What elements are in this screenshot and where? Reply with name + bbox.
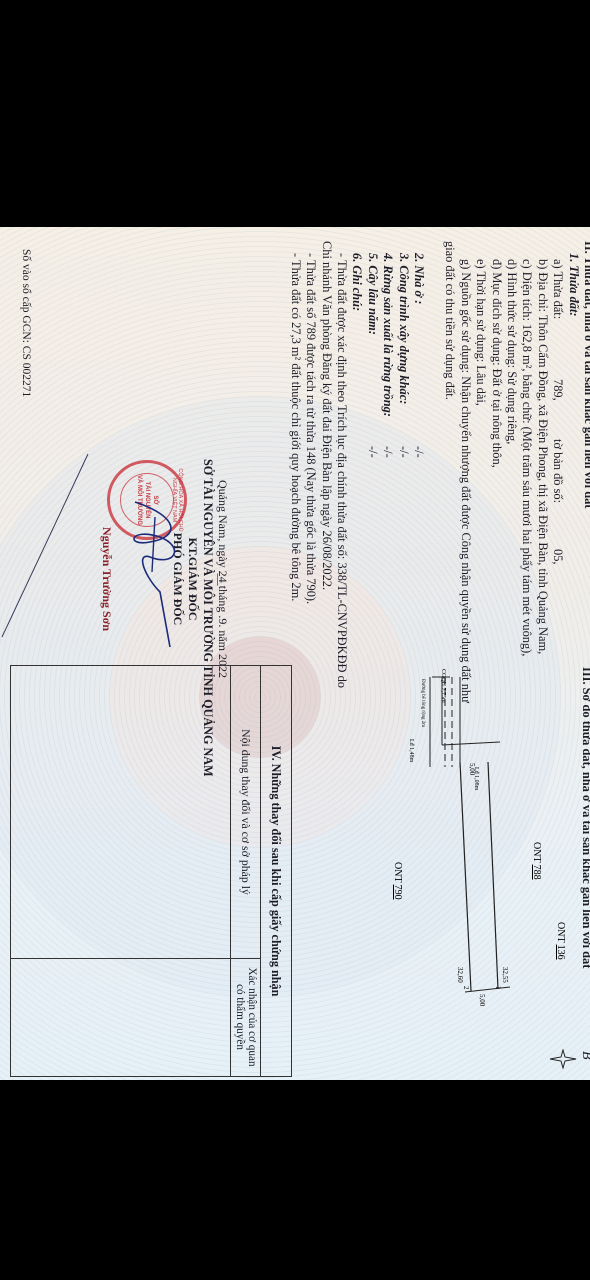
address: b) Địa chỉ: Thôn Cẩm Đồng, xã Điện Phong… [534,241,549,703]
note-line-4: - Thửa đất có 27,3 m² đất thuộc chỉ giới… [287,241,302,703]
section-2-title: II. Thửa đất, nhà ở và tài sản khác gắn … [581,241,590,703]
column-authority-header: Xác nhận của cơ quan có thẩm quyền [231,958,261,1076]
setback-1-08: Lđ 1,08m [473,767,479,791]
use-form: d) Hình thức sử dụng: Sử dụng riêng, [504,241,519,703]
parcel-number: 789, [550,379,565,439]
column-changes-header: Nội dung thay đổi và cơ sở pháp lý [231,666,261,958]
note-line-1: - Thửa đất được xác định theo Trích lục … [334,241,349,703]
item-other-construction: 3. Công trình xây dựng khác: -/- [395,241,410,703]
issuing-org: SỞ TÀI NGUYÊN VÀ MÔI TRƯỜNG TỈNH QUẢNG N… [200,459,215,699]
item-house: 2. Nhà ở : -/- [411,241,426,703]
dimension-32-55: 32,55 [501,967,509,983]
area: c) Diện tích: 162,8 m², bằng chữ: (Một t… [519,241,534,703]
setback-1-48: Lđ 1,48m [408,739,414,763]
note-line-2: Chi nhánh Văn phòng Đăng ký đất đai Điện… [318,241,333,703]
use-purpose: đ) Mục đích sử dụng: Đất ở tại nông thôn… [488,241,503,703]
notes-heading: 6. Ghi chú: [349,241,364,703]
point-1: 1 [494,986,502,990]
changes-table: IV. Những thay đổi sau khi cấp giấy chứn… [10,665,292,1077]
planning-boundary-label: CGQH 7,75m [440,669,446,703]
parcel-136-label: ONT136 [555,922,566,960]
origin-line-2: giao đất có thu tiền sử dụng đất. [442,241,457,703]
parcel-diagram: 32,55 32,60 5,00 5,00 1 2 ONT136 ONT790 … [300,667,570,1077]
place-date: Quảng Nam, ngày 2̲4̲ tháng .9. năm 2022 [215,459,230,699]
section-3-title: III. Sơ đồ thửa đất, nhà ở và tài sản kh… [579,667,590,968]
gcn-registry-number: Số vào sổ cấp GCN: CS 002271 [20,249,32,397]
parcel-number-row: a) Thửa đất: 789, tờ bản đồ số: 05, [550,241,565,703]
origin-line-1: g) Nguồn gốc sử dụng: Nhận chuyển nhượng… [457,241,472,703]
land-certificate-page: II. Thửa đất, nhà ở và tài sản khác gắn … [0,227,590,1080]
item-planted-forest: 4. Rừng sản xuất là rừng trồng: -/- [380,241,395,703]
section-4-title: IV. Những thay đổi sau khi cấp giấy chứn… [260,666,291,1076]
signature-flourish-line [0,452,90,642]
parcel-heading: 1. Thửa đất: [565,241,580,703]
note-line-3: - Thửa đất số 789 được tách ra từ thửa 1… [303,241,318,703]
parcel-label: a) Thửa đất: [550,259,565,379]
use-term: e) Thời hạn sử dụng: Lâu dài, [473,241,488,703]
parcel-788-label: ONT788 [531,842,542,880]
map-sheet-label: tờ bản đồ số: [550,439,565,549]
map-sheet-number: 05, [550,549,565,565]
point-2: 2 [462,986,470,990]
document-photo: II. Thửa đất, nhà ở và tài sản khác gắn … [0,227,590,1080]
section-2: II. Thửa đất, nhà ở và tài sản khác gắn … [287,241,590,703]
dimension-5-00-a: 5,00 [478,994,486,1007]
parcel-790-label: ONT790 [392,862,403,900]
road-label: Đường bê tông rộng 2m [420,679,425,727]
handwritten-signature [120,497,190,657]
item-perennial-trees: 5. Cây lâu năm: -/- [364,241,379,703]
dimension-32-60: 32,60 [456,967,464,983]
